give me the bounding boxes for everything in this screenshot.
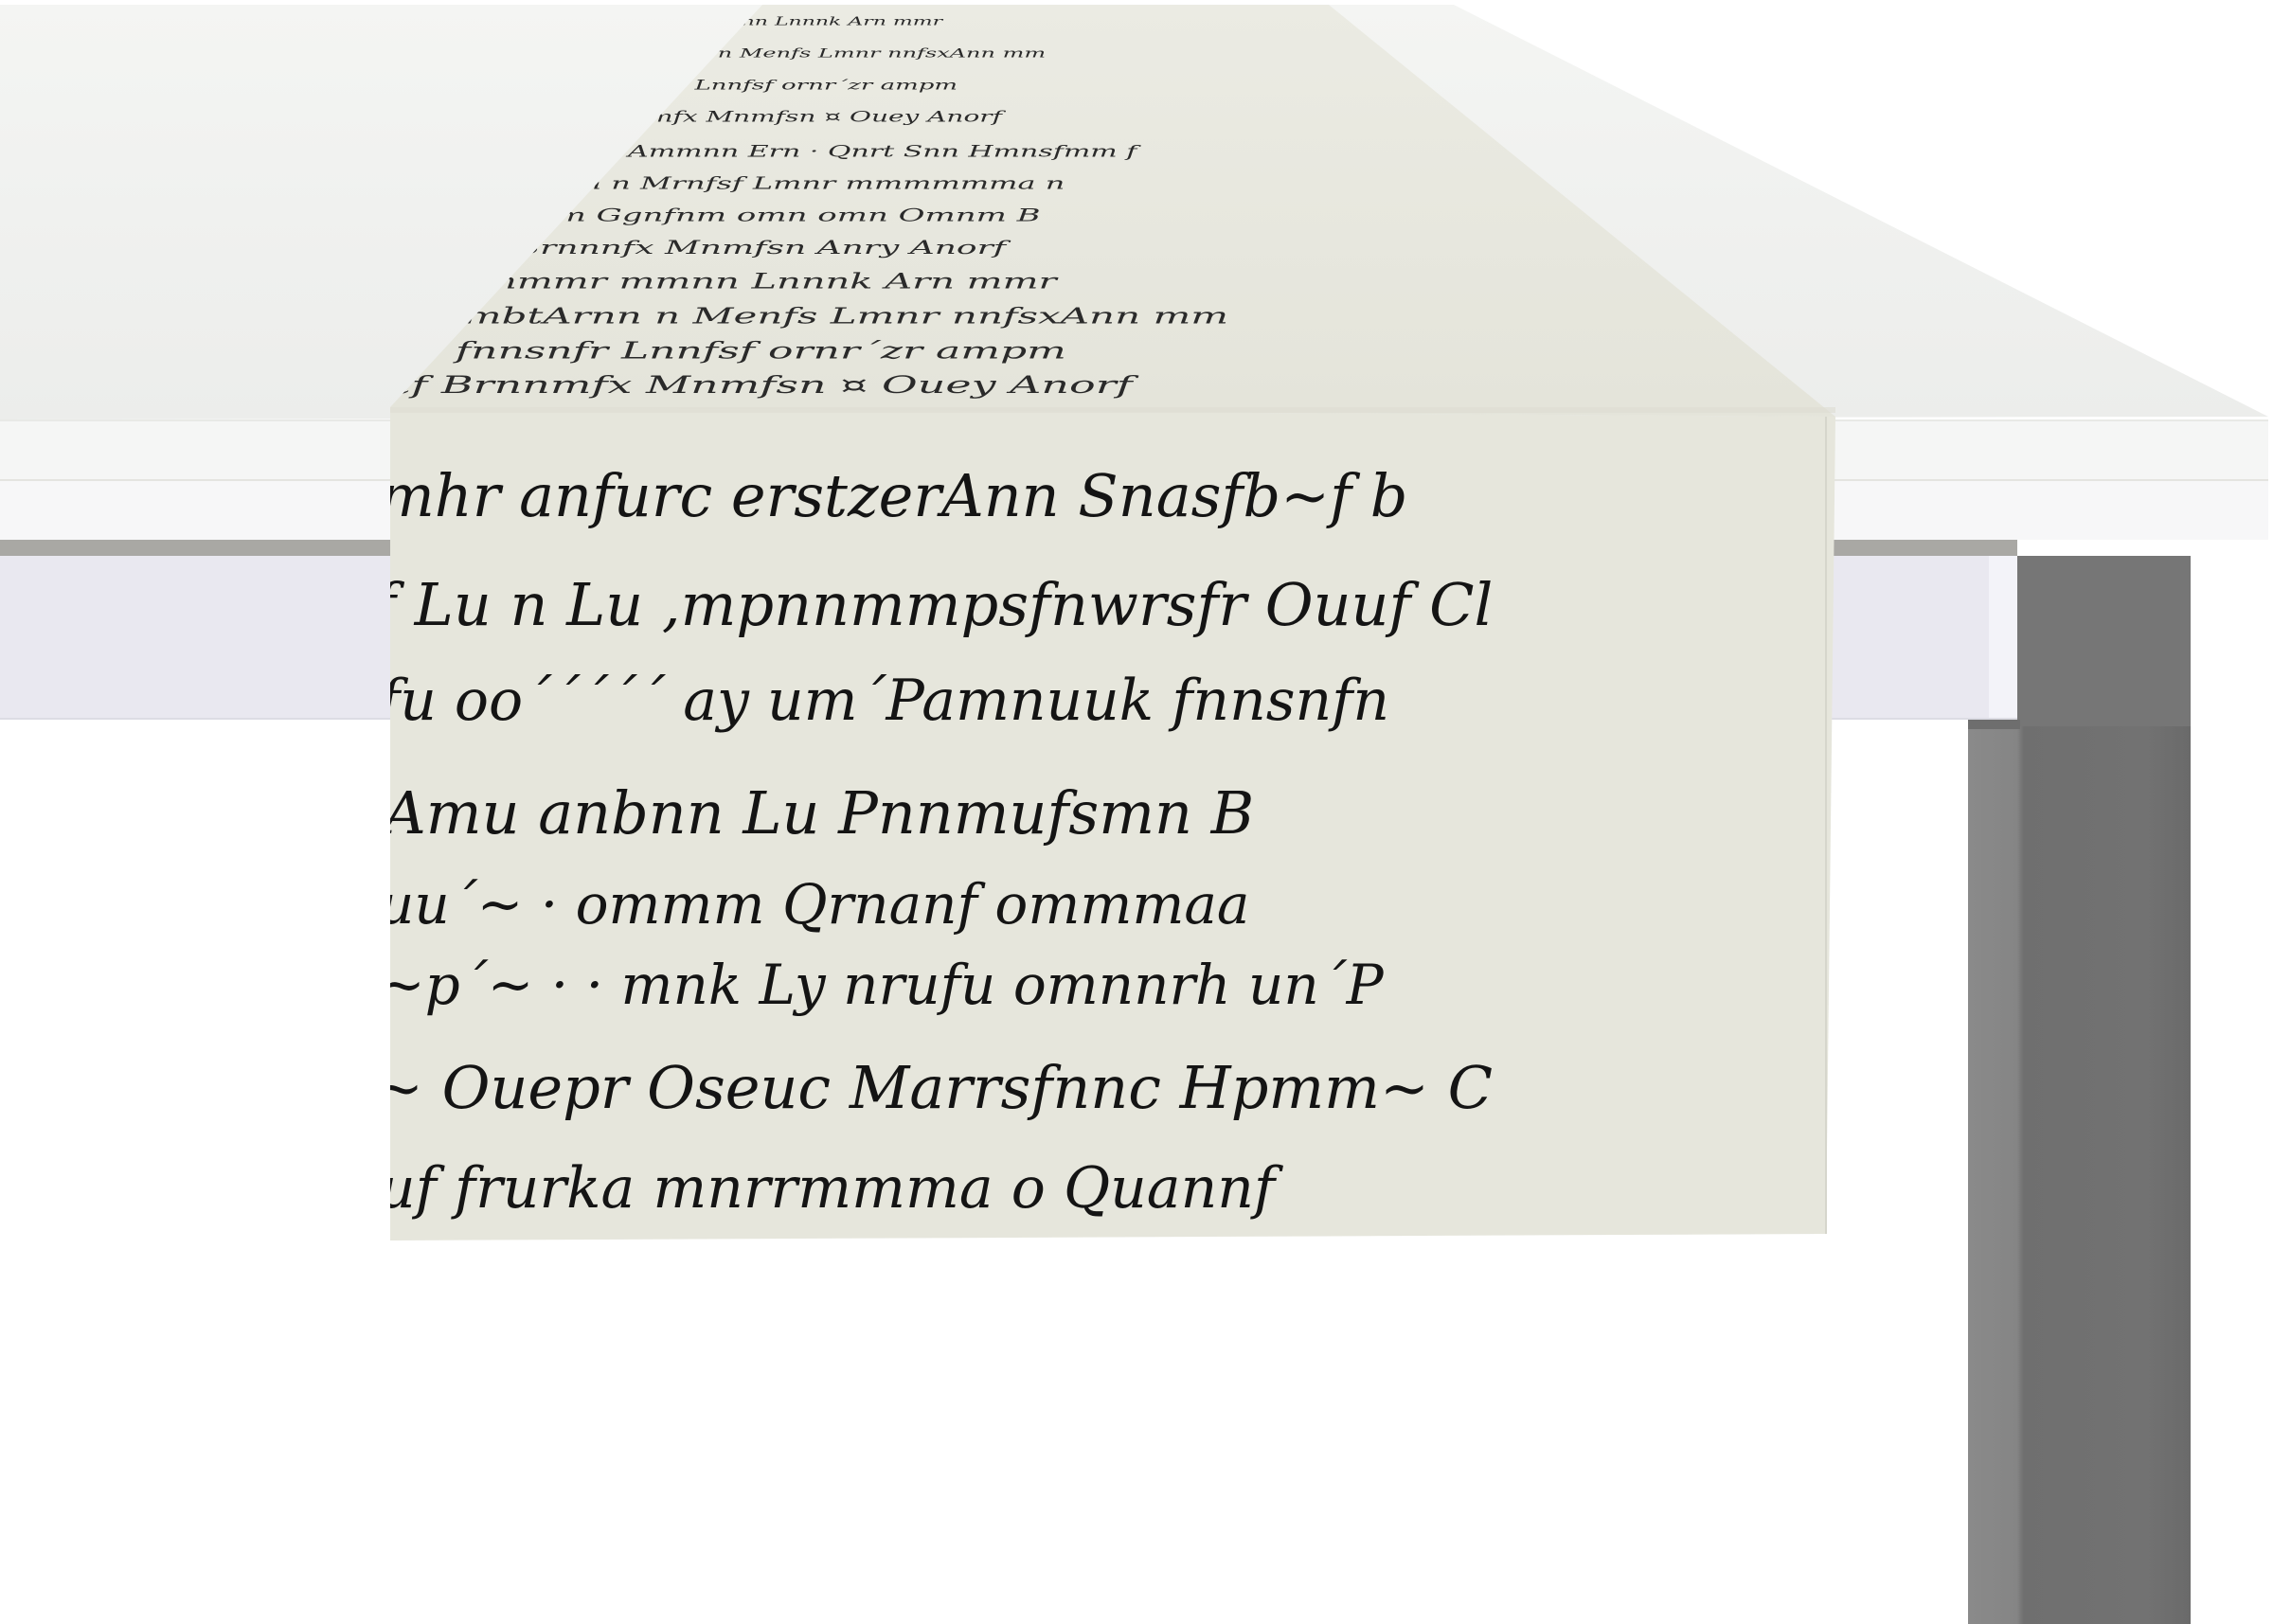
runner-script-row: mhr anfurc erstzerAnn Snasfb~f b	[379, 461, 1407, 530]
runner-script-row: uf frurka mnrrmmma o Quannf	[379, 1155, 1284, 1222]
runner-script-row: ~p´~ · · mnk Ly nrufu omnnrh un´P	[379, 953, 1385, 1017]
runner-script-row: f Lu n Lu ,mpnnmmpsfnwrsfr Ouuf Cl	[370, 570, 1493, 639]
runner-front-section: mhr anfurc erstzerAnn Snasfb~f b f Lu n …	[370, 407, 1835, 1240]
runner-script-row: Amu anbnn Lu Pnnmufsmn B	[379, 778, 1254, 848]
runner-top-row: ~ fnnsnfr Lnnfsf ornr´zr ampm	[407, 338, 1066, 365]
runner-top-row: zf Brnnmfx Mnmfsn ¤ Ouey Anorf	[387, 371, 1140, 399]
runner-script-row: uu´~ · ommm Qrnanf ommmaa	[379, 872, 1250, 937]
runner-script-row: ~ Ouepr Oseuc Marrsfnnc Hpmm~ C	[374, 1053, 1493, 1122]
runner-top-row: mmbtArnn n Menfs Lmnr nnfsxAnn mm	[426, 303, 1228, 329]
runner-top-row: Pnnm Ggnfnm omn omn Omnm B	[492, 205, 1041, 225]
runner-top-row: mmmmr mmnn Lnnnk Arn mmr	[445, 269, 1060, 294]
product-scene: mmmmr mmnn Lnnnk Arn mmr mmbtArnn n Menf…	[0, 0, 2273, 1624]
runner-top-row: zf Brnnnfx Mnmfsn Anry Anorf	[473, 236, 1012, 258]
runner-script-row: fu oo´´´´´ ay um´Pamnuuk fnnsnfn	[375, 668, 1389, 734]
